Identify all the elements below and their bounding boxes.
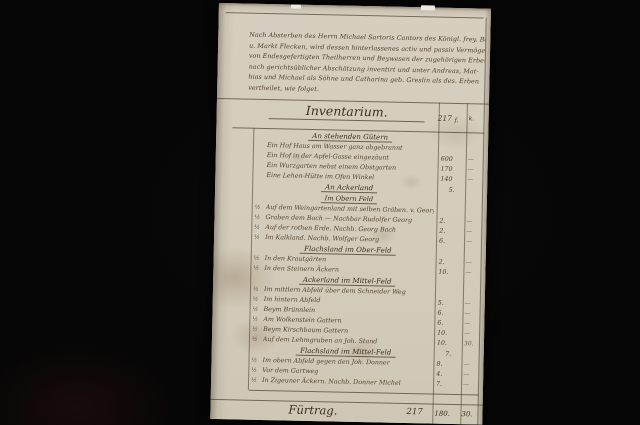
entry-florin-value: 8. (436, 360, 459, 370)
carryover-florin-amount: 180. (434, 410, 450, 418)
entry-fraction: ½ (253, 264, 259, 274)
entry-kreuzer-value: — (466, 227, 480, 237)
entry-fraction: ½ (251, 376, 257, 386)
entry-fraction: ½ (253, 295, 259, 305)
entry-kreuzer-value: — (464, 319, 478, 329)
entry-kreuzer-value: — (464, 309, 478, 319)
entry-fraction: ½ (252, 315, 258, 325)
entry-florin-value: 6. (437, 309, 460, 319)
corner-florin-mark: f. (455, 117, 459, 124)
entry-fraction: ½ (251, 366, 257, 376)
entry-kreuzer-value: — (464, 329, 478, 339)
entry-fraction: ½ (252, 335, 258, 345)
section-heading-text: An stehenden Gütern (308, 132, 392, 143)
inventory-table-body: An stehenden GüternEin Hof Haus am Wasse… (211, 129, 488, 391)
carryover-label: Fürtrag. (288, 403, 337, 418)
entry-florin-value: 5. (438, 299, 461, 309)
preamble-paragraph: Nach Absterben des Herrn Michael Sartori… (248, 31, 485, 99)
section-heading-florin-value: 7. (437, 349, 460, 360)
entry-fraction: ½ (252, 305, 258, 315)
entry-kreuzer-value: — (465, 299, 479, 309)
entry-kreuzer-value: — (466, 217, 480, 227)
entry-kreuzer-value: — (465, 258, 479, 268)
photo-stage: Nach Absterben des Herrn Michael Sartori… (0, 0, 640, 425)
entry-fraction: ½ (251, 356, 257, 366)
entry-kreuzer-value: — (463, 360, 477, 370)
corner-folio: 217 f. k. (438, 114, 486, 124)
corner-kreuzer-mark: k. (469, 115, 475, 122)
entry-florin-value: 10. (437, 329, 460, 339)
paper-speck (421, 5, 435, 10)
entry-kreuzer-value: 30. (464, 339, 478, 349)
paper-speck (291, 5, 301, 9)
entry-kreuzer-value: — (465, 268, 479, 278)
section-subheading-text: Im Obern Feld (321, 194, 378, 204)
section-heading-florin-value: 5. (440, 185, 463, 196)
corner-folio-number: 217 (438, 114, 453, 123)
entry-florin-value: 140 (440, 175, 463, 185)
entry-florin-value: 2. (439, 217, 462, 227)
carryover-folio: 217 (406, 407, 422, 417)
entry-florin-value: 2. (439, 227, 462, 237)
entry-florin-value: 4. (436, 370, 459, 380)
entry-florin-value: 10. (438, 268, 461, 278)
entry-fraction: ½ (254, 233, 260, 243)
entry-florin-value: 2. (439, 258, 462, 268)
carryover-kreuzer-amount: 30. (461, 410, 472, 418)
entry-fraction: ½ (252, 325, 258, 335)
entry-florin-value: 10. (437, 339, 460, 349)
entry-florin-value: 600 (441, 155, 464, 165)
section-heading-text: An Ackerland (321, 183, 377, 193)
entry-kreuzer-value: — (463, 380, 477, 390)
entry-text: In Zigeuner Äckern. Nachb. Donner Michel (262, 376, 430, 390)
inventory-title: Inventarium. (269, 102, 425, 122)
footer-top-rule (211, 399, 483, 406)
entry-florin-value: 7. (436, 380, 459, 390)
entry-kreuzer-value: — (466, 237, 480, 247)
entry-kreuzer-value: — (468, 155, 482, 165)
entry-fraction: ½ (254, 254, 260, 264)
top-border-rule (226, 12, 484, 18)
entries-end-rule (249, 390, 479, 396)
entry-kreuzer-value: — (467, 175, 481, 185)
entry-florin-value: 6. (439, 237, 462, 247)
entry-fraction: ½ (254, 223, 260, 233)
entry-fraction: ½ (255, 203, 261, 213)
entry-fraction: ½ (254, 213, 260, 223)
entry-kreuzer-value: — (467, 165, 481, 175)
entry-florin-value: 170 (440, 165, 463, 175)
entry-kreuzer-value: — (463, 370, 477, 380)
manuscript-page: Nach Absterben des Herrn Michael Sartori… (210, 3, 491, 425)
entry-florin-value: 6. (437, 319, 460, 329)
entry-fraction: ½ (253, 285, 259, 295)
